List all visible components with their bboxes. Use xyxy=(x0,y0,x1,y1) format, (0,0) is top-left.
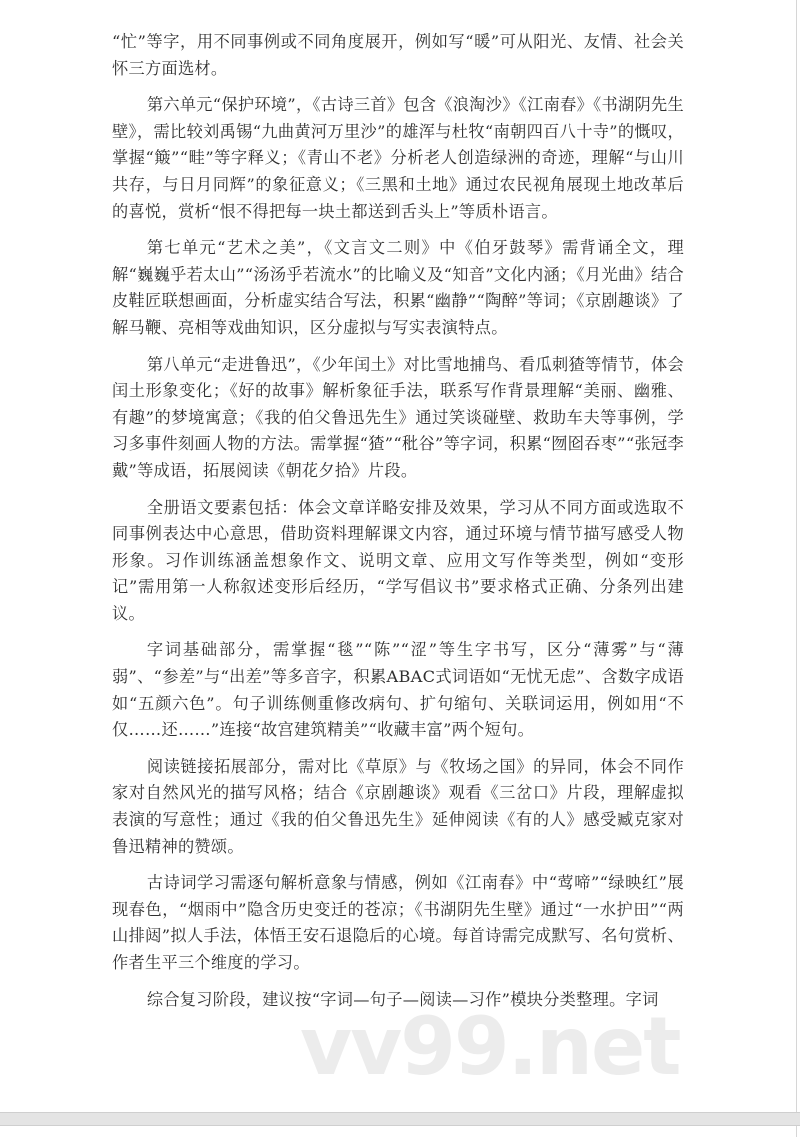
paragraph-reading-extension: 阅读链接拓展部分，需对比《草原》与《牧场之国》的异同，体会不同作家对自然风光的描… xyxy=(112,754,684,860)
document-page: “忙”等字，用不同事例或不同角度展开，例如写“暖”可从阳光、友情、社会关怀三方面… xyxy=(0,0,797,1112)
paragraph-vocabulary-basics: 字词基础部分，需掌握“毯”“陈”“涩”等生字书写，区分“薄雾”与“薄弱”、“参差… xyxy=(112,637,684,743)
paragraph-unit-seven: 第七单元“艺术之美”，《文言文二则》中《伯牙鼓琴》需背诵全文，理解“巍巍乎若太山… xyxy=(112,235,684,341)
paragraph-continued: “忙”等字，用不同事例或不同角度展开，例如写“暖”可从阳光、友情、社会关怀三方面… xyxy=(112,29,684,82)
watermark-text: vv99.net xyxy=(300,1000,679,1093)
next-document-page xyxy=(0,1126,797,1137)
page-content: “忙”等字，用不同事例或不同角度展开，例如写“暖”可从阳光、友情、社会关怀三方面… xyxy=(112,29,684,1023)
paragraph-unit-six: 第六单元“保护环境”，《古诗三首》包含《浪淘沙》《江南春》《书湖阴先生壁》，需比… xyxy=(112,92,684,225)
paragraph-language-elements: 全册语文要素包括：体会文章详略安排及效果，学习从不同方面或选取不同事例表达中心意… xyxy=(112,495,684,628)
paragraph-unit-eight: 第八单元“走进鲁迅”，《少年闰土》对比雪地捕鸟、看瓜刺猹等情节，体会闰土形象变化… xyxy=(112,352,684,485)
paragraph-ancient-poetry: 古诗词学习需逐句解析意象与情感，例如《江南春》中“莺啼”“绿映红”展现春色，“烟… xyxy=(112,870,684,976)
page-separator xyxy=(0,1112,800,1126)
